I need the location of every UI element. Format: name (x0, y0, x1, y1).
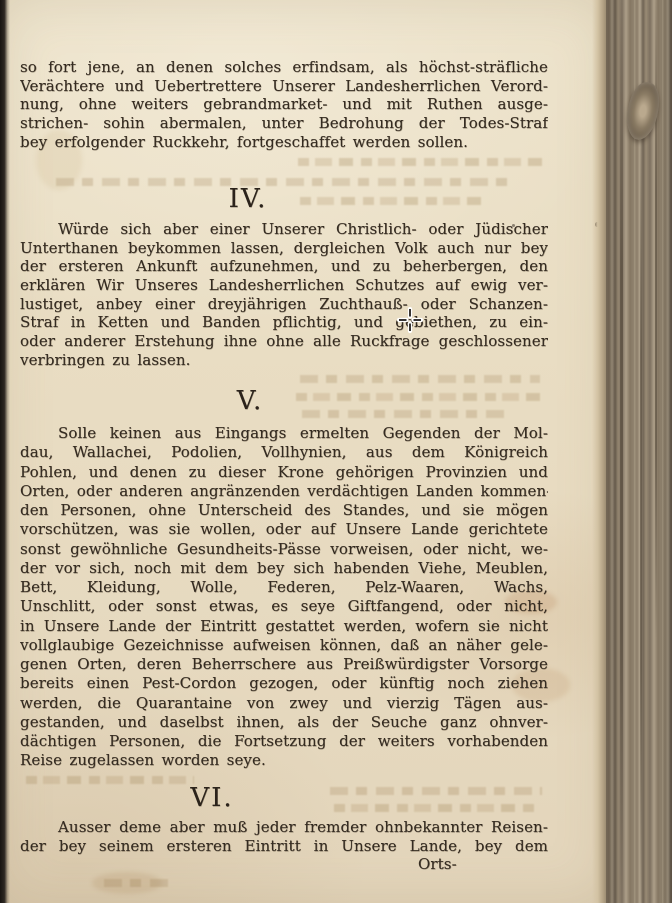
bleedthrough-text (298, 158, 542, 166)
text-line: Unschlitt, oder sonst etwas, es seye Gif… (20, 597, 548, 616)
text-line: bereits einen Pest-Cordon gezogen, oder … (20, 674, 548, 693)
paragraph-section-vi: Ausser deme aber muß jeder fremder ohnbe… (20, 818, 548, 855)
text-line: lustiget, anbey einer dreyjährigen Zucht… (20, 295, 548, 314)
paragraph-section-iv: Würde sich aber einer Unserer Christlich… (20, 220, 548, 370)
text-line: vollglaubige Gezeichnisse aufweisen könn… (20, 636, 548, 655)
bleedthrough-text (300, 375, 540, 383)
text-line: verbringen zu lassen. (20, 351, 548, 370)
text-line: Verächtere und Uebertrettere Unserer Lan… (20, 77, 548, 96)
text-line: oder anderer Erstehung ihne ohne alle Ru… (20, 332, 548, 351)
text-line: Orten, oder anderen angränzenden verdäch… (20, 482, 548, 501)
text-line: den Personen, ohne Unterscheid des Stand… (20, 501, 548, 520)
text-line: Straf in Ketten und Banden pflichtig, un… (20, 313, 548, 332)
text-line: strichen- sohin abermalen, unter Bedrohu… (20, 114, 548, 133)
text-line: bey erfolgender Ruckkehr, fortgeschaffet… (20, 133, 548, 152)
paragraph-continuation: so fort jene, an denen solches erfindsam… (20, 58, 548, 151)
text-line: nung, ohne weiters gebrandmarket- und mi… (20, 95, 548, 114)
section-heading-vi: VI. (0, 783, 476, 813)
text-line: Reise zugelassen worden seye. (20, 751, 548, 770)
text-line: der bey seinem ersteren Eintritt in Unse… (20, 837, 548, 856)
wood-grain (620, 0, 623, 903)
section-heading-v: V. (0, 386, 514, 416)
text-line: Ausser deme aber muß jeder fremder ohnbe… (20, 818, 548, 837)
text-line: Solle keinen aus Eingangs ermelten Gegen… (20, 424, 548, 443)
crosshair-cursor (397, 307, 423, 333)
scan-left-border (0, 0, 10, 903)
text-line: Pohlen, und denen zu dieser Krone gehöri… (20, 463, 548, 482)
text-line: so fort jene, an denen solches erfindsam… (20, 58, 548, 77)
text-line: sonst gewöhnliche Gesundheits-Pässe vorw… (20, 540, 548, 559)
text-line: in Unsere Lande der Eintritt gestattet w… (20, 617, 548, 636)
text-line: werden, die Quarantaine von zwey und vie… (20, 694, 548, 713)
text-line: Würde sich aber einer Unserer Christlich… (20, 220, 548, 239)
section-heading-iv: IV. (0, 184, 512, 214)
text-line: dächtigen Personen, die Fortsetzung der … (20, 732, 548, 751)
text-line: dau, Wallachei, Podolien, Vollhynien, au… (20, 443, 548, 462)
text-line: der vor sich, noch mit dem bey sich habe… (20, 559, 548, 578)
text-line: Bett, Kleidung, Wolle, Federen, Pelz-Waa… (20, 578, 548, 597)
scanned-page: so fort jene, an denen solches erfindsam… (0, 0, 672, 903)
bleedthrough-text (104, 879, 172, 887)
text-line: Unterthanen beykommen lassen, dergleiche… (20, 239, 548, 258)
paragraph-section-v: Solle keinen aus Eingangs ermelten Gegen… (20, 424, 548, 771)
wood-grain (640, 120, 642, 903)
text-line: vorschützen, was sie wollen, oder auf Un… (20, 520, 548, 539)
text-line: erklären Wir Unseres Landesherrlichen Sc… (20, 276, 548, 295)
text-line: gestanden, und daselbst ihnen, als der S… (20, 713, 548, 732)
text-line: genen Orten, deren Beherrschere aus Prei… (20, 655, 548, 674)
text-line: der ersteren Ankunft aufzunehmen, und zu… (20, 257, 548, 276)
catchword: Orts- (418, 855, 457, 874)
